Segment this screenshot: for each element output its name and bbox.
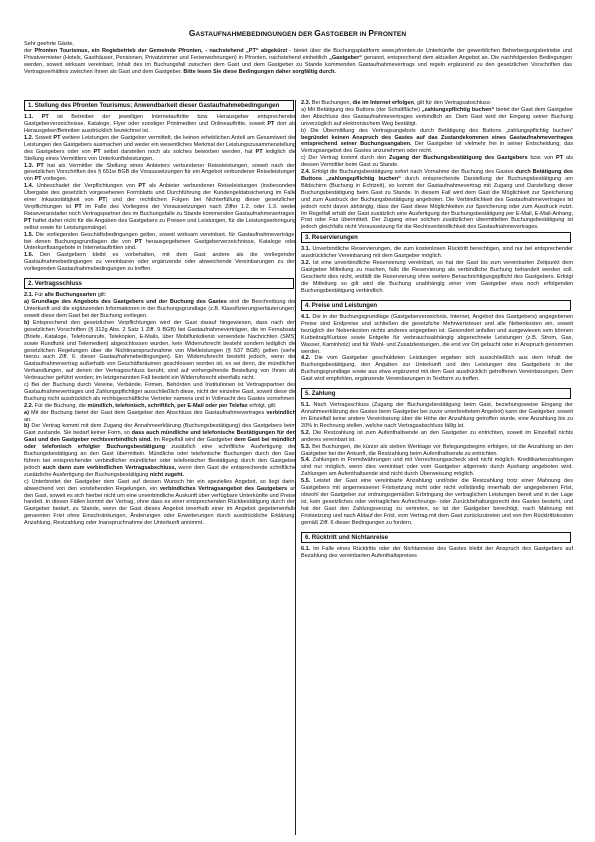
- document-title: GASTAUFNAHMEBEDINGUNGEN DER GASTGEBER IN…: [0, 28, 595, 38]
- text: Im Falle eines Rücktritts oder der Nicht…: [301, 546, 573, 559]
- clause-number: 5.1.: [301, 402, 310, 408]
- clause-number: 1.5.: [24, 232, 33, 238]
- clause-number: 2.2.: [24, 403, 33, 409]
- text-bold: die im Internet erfolgen: [353, 100, 414, 106]
- pt: PT: [53, 135, 60, 141]
- clause-3-1: 3.1. Unverbindliche Reservierungen, die …: [301, 246, 573, 260]
- text-bold: mündlich, telefonisch, schriftlich, per …: [88, 403, 248, 409]
- text: ist Betreiber der jeweiligen Internetauf…: [24, 114, 296, 127]
- pt: PT: [34, 176, 41, 182]
- text: haftet daher nicht für die Angaben des G…: [24, 218, 296, 231]
- section-heading-2: 2. Vertragsschluss: [24, 278, 294, 289]
- clause-number: 5.3.: [301, 444, 310, 450]
- text: Mit der Buchung bietet der Gast dem Gast…: [29, 410, 266, 416]
- clause-3-2: 3.2. Ist eine unverbindliche Reservierun…: [301, 260, 573, 295]
- text: der: [24, 48, 34, 54]
- clause-4-1: 4.1. Die in der Buchungsgrundlage (Gastg…: [301, 314, 573, 355]
- text-bold: „zahlungspflichtig buchen“: [422, 107, 495, 113]
- text: Ist eine unverbindliche Reservierung ver…: [301, 260, 573, 294]
- text: Entsprechend den gesetzlichen Verpflicht…: [24, 320, 296, 381]
- clause-5-3: 5.3. Bei Buchungen, die kürzer als siebe…: [301, 444, 573, 458]
- text: an den Gast, soweit es sich hierbei nich…: [24, 486, 296, 527]
- clause-number: 2.3.: [301, 100, 310, 106]
- clause-number: 5.5.: [301, 478, 310, 484]
- text: Unbeschadet der Verpflichtungen von: [33, 183, 138, 189]
- text: selbst darstellen noch als solches bewor…: [101, 149, 256, 155]
- text: Nach Vertragsschluss (Zugang der Buchung…: [301, 402, 573, 429]
- text-bold: Pfronten Tourismus, ein Regiebetrieb der…: [34, 48, 287, 54]
- clause-2-3: 2.3. Bei Buchungen, die im Internet erfo…: [301, 100, 573, 107]
- clause-4-2: 4.2. Die vom Gastgeber geschuldeten Leis…: [301, 355, 573, 383]
- text: Die Restzahlung ist zum Aufenthaltsende …: [301, 430, 573, 443]
- text: Soweit: [33, 135, 53, 141]
- clause-2-2-a: a) Mit der Buchung bietet der Gast dem G…: [24, 410, 296, 424]
- clause-6-1: 6.1. Im Falle eines Rücktritts oder der …: [301, 546, 573, 560]
- title-initial: G: [314, 28, 321, 38]
- text: vorliegen.: [42, 176, 68, 182]
- text: durch entsprechende Darstellung der Buch…: [301, 176, 573, 230]
- intro: Sehr geehrte Gäste, der Pfronten Tourism…: [24, 41, 572, 76]
- text: b) Die Übermittlung des Vertragsangebots…: [301, 128, 573, 134]
- clause-2-4: 2.4. Erfolgt die Buchungsbestätigung sof…: [301, 169, 573, 231]
- title-part: ASTGEBER IN: [321, 31, 369, 38]
- text-bold: verbindlich: [266, 410, 296, 416]
- text: Unverbindliche Reservierungen, die zum k…: [301, 246, 573, 259]
- right-column: 2.3. Bei Buchungen, die im Internet erfo…: [301, 100, 573, 560]
- text: a) Mit Betätigung des Buttons (der Schal…: [301, 107, 422, 113]
- section-heading-4: 4. Preise und Leistungen: [301, 300, 571, 311]
- text-bold: auch dann zum verbindlichen Vertragsabsc…: [43, 465, 176, 471]
- clause-5-5: 5.5. Leistet der Gast eine vereinbarte A…: [301, 478, 573, 526]
- title-part: FRONTEN: [374, 31, 406, 38]
- section-heading-6: 6. Rücktritt und Nichtanreise: [301, 532, 571, 543]
- clause-number: 2.4.: [301, 169, 310, 175]
- text-bold: nicht zugeht.: [150, 472, 184, 478]
- pt: PT: [99, 197, 106, 203]
- text-bold: alle Buchungsarten: [45, 292, 96, 298]
- clause-2-1-b: b) Entsprechend den gesetzlichen Verpfli…: [24, 320, 296, 382]
- text: Für: [33, 292, 44, 298]
- text-bold: Bitte lesen Sie diese Bedingungen daher …: [183, 69, 336, 75]
- text-bold: Zugang der Buchungsbestätigung des Gastg…: [389, 155, 528, 161]
- clause-1-2: 1.2. Soweit PT weitere Leistungen der Ga…: [24, 135, 296, 163]
- text: Bei Buchungen, die kürzer als sieben Wer…: [301, 444, 573, 457]
- clause-number: 1.4.: [24, 183, 33, 189]
- clause-2-2: 2.2. Für die Buchung, die mündlich, tele…: [24, 403, 296, 410]
- clause-2-3-c: c) Der Vertrag kommt durch den Zugang de…: [301, 155, 573, 169]
- section-heading-3: 3. Reservierungen: [301, 232, 571, 243]
- text: Bei Buchungen,: [310, 100, 352, 106]
- clause-number: 1.3.: [24, 163, 33, 169]
- text: Erfolgt die Buchungsbestätigung sofort n…: [310, 169, 515, 175]
- clause-2-1-c: c) Bei der Buchung durch Vereine, Verbän…: [24, 382, 296, 403]
- clause-5-1: 5.1. Nach Vertragsschluss (Zugang der Bu…: [301, 402, 573, 430]
- section-heading-5: 5. Zahlung: [301, 388, 571, 399]
- section-heading-1: 1. Stellung des Pfronten Tourismus; Anwe…: [24, 100, 294, 111]
- text: gilt:: [96, 292, 106, 298]
- pt: PT: [75, 204, 82, 210]
- title-part: ASTAUFNAHMEBEDINGUNGEN DER: [195, 31, 314, 38]
- clause-5-4: 5.4. Zahlungen in Fremdwährungen und mit…: [301, 457, 573, 478]
- text: Die in der Buchungsgrundlage (Gastgeberv…: [301, 314, 573, 355]
- text: Für die Buchung, die: [33, 403, 87, 409]
- clause-number: 4.2.: [301, 355, 310, 361]
- clause-number: 5.2.: [301, 430, 310, 436]
- text-bold: „Gastgeber“: [329, 55, 362, 61]
- pt: PT: [94, 149, 101, 155]
- text-bold: a) Grundlage des Angebots des Gastgebers…: [24, 299, 227, 305]
- clause-number: 3.2.: [301, 260, 310, 266]
- text: Den Gastgebern bleibt es vorbehalten, mi…: [24, 252, 296, 272]
- clause-number: 4.1.: [301, 314, 310, 320]
- text-bold: verbindliches Vertragsangebot des Gastge…: [160, 486, 287, 492]
- clause-number: 6.1.: [301, 546, 310, 552]
- clause-1-3: 1.3. PT hat als Vermittler die Stellung …: [24, 163, 296, 184]
- clause-number: 1.2.: [24, 135, 33, 141]
- greeting: Sehr geehrte Gäste,: [24, 41, 572, 48]
- intro-paragraph: der Pfronten Tourismus, ein Regiebetrieb…: [24, 48, 572, 76]
- pt: PT: [138, 183, 145, 189]
- clause-2-3-a: a) Mit Betätigung des Buttons (der Schal…: [301, 107, 573, 128]
- text: Leistet der Gast eine vereinbarte Anzahl…: [301, 478, 573, 525]
- clause-number: 2.1.: [24, 292, 33, 298]
- clause-1-5: 1.5. Die vorliegenden Geschäftsbedingung…: [24, 232, 296, 253]
- clause-2-2-c: c) Unterbreitet der Gastgeber dem Gast a…: [24, 479, 296, 527]
- clause-1-1: 1.1. PT ist Betreiber der jeweiligen Int…: [24, 114, 296, 135]
- text: Im Regelfall wird der Gastgeber: [152, 437, 234, 443]
- clause-number: 1.1.: [24, 114, 33, 120]
- text: c) Der Vertrag kommt durch den: [301, 155, 389, 161]
- clause-2-3-b: b) Die Übermittlung des Vertragsangebots…: [301, 128, 573, 156]
- clause-number: 3.1.: [301, 246, 310, 252]
- clause-2-1-a: a) Grundlage des Angebots des Gastgebers…: [24, 299, 296, 320]
- text: bzw. von: [528, 155, 556, 161]
- clause-1-6: 1.6. Den Gastgebern bleibt es vorbehalte…: [24, 252, 296, 273]
- clause-number: 5.4.: [301, 457, 310, 463]
- clause-1-4: 1.4. Unbeschadet der Verpflichtungen von…: [24, 183, 296, 231]
- pt: PT: [42, 114, 49, 120]
- text: , gilt für den Vertragsabschluss:: [414, 100, 491, 106]
- text: Die vom Gastgeber geschuldeten Leistunge…: [301, 355, 573, 382]
- text: erfolgt, gilt:: [248, 403, 277, 409]
- text: Zahlungen in Fremdwährungen und mit Verr…: [301, 457, 573, 477]
- clause-5-2: 5.2. Die Restzahlung ist zum Aufenthalts…: [301, 430, 573, 444]
- pt: PT: [37, 163, 44, 169]
- pt: PT: [135, 239, 142, 245]
- text: an.: [24, 417, 32, 423]
- left-column: 1. Stellung des Pfronten Tourismus; Anwe…: [24, 100, 296, 527]
- clause-2-1: 2.1. Für alle Buchungsarten gilt:: [24, 292, 296, 299]
- pt: PT: [256, 149, 263, 155]
- clause-2-2-b: b) Der Vertrag kommt mit dem Zugang der …: [24, 423, 296, 478]
- clause-number: 1.6.: [24, 252, 33, 258]
